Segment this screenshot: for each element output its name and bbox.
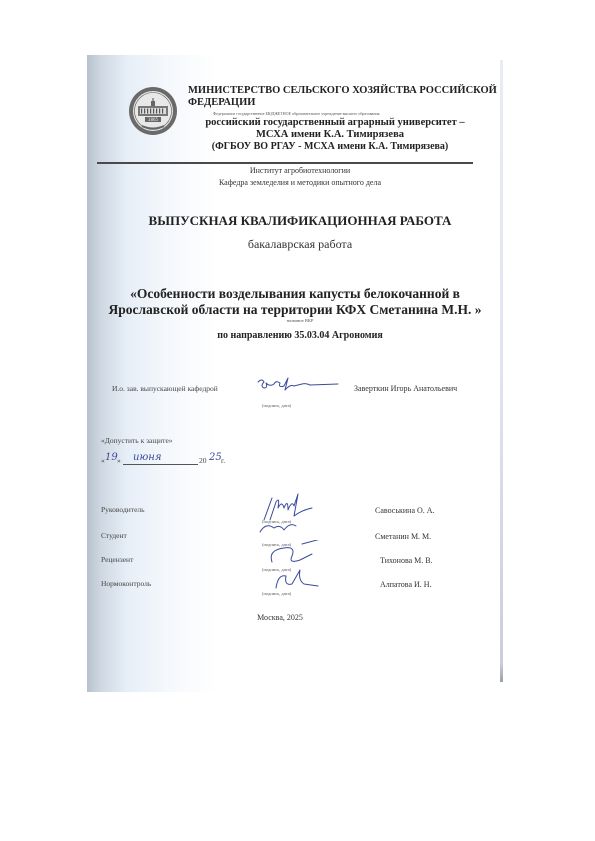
role-reviewer: Рецензент	[101, 555, 133, 564]
signature-caption: (подпись, дата)	[262, 591, 291, 596]
admission-date: « 19 » июня 20 25 г.	[101, 452, 261, 466]
signature-caption: (подпись, дата)	[262, 403, 291, 408]
admission-year-suffix: 25	[209, 452, 222, 463]
admission-day: 19	[105, 452, 118, 463]
signature-caption: (подпись, дата)	[262, 542, 291, 547]
university-line1: российский государственный аграрный унив…	[190, 117, 480, 128]
role-supervisor: Руководитель	[101, 505, 145, 514]
ministry-line2: ФЕДЕРАЦИИ	[188, 97, 255, 108]
admission-year-unit: г.	[221, 456, 225, 465]
work-type: ВЫПУСКНАЯ КВАЛИФИКАЦИОННАЯ РАБОТА	[100, 213, 500, 229]
signature-icon	[250, 374, 340, 396]
scan-edge	[500, 60, 503, 682]
admission-label: «Допустить к защите»	[101, 436, 173, 445]
signature-icon	[252, 492, 322, 537]
signature-caption: (подпись, дата)	[262, 567, 291, 572]
role-normcontrol: Нормоконтроль	[101, 579, 151, 588]
svg-text:1865: 1865	[148, 117, 159, 122]
header-divider	[97, 162, 473, 164]
reviewer-name: Тихонова М. В.	[380, 556, 433, 565]
signature-caption: (подпись, дата)	[262, 519, 291, 524]
role-student: Студент	[101, 531, 127, 540]
university-line2: МСХА имени К.А. Тимирязева	[190, 129, 470, 140]
direction: по направлению 35.03.04 Агрономия	[100, 330, 500, 341]
ministry-line1: МИНИСТЕРСТВО СЕЛЬСКОГО ХОЗЯЙСТВА РОССИЙС…	[188, 85, 497, 96]
student-name: Сметанин М. М.	[375, 532, 431, 541]
admission-month: июня	[133, 452, 161, 463]
thesis-title-caption: название ВКР	[260, 318, 340, 323]
supervisor-name: Савоськина О. А.	[375, 506, 435, 515]
thesis-title-line1: «Особенности возделывания капусты белоко…	[95, 286, 495, 302]
university-emblem-icon: 1865	[128, 86, 178, 136]
department: Кафедра земледелия и методики опытного д…	[120, 178, 480, 187]
head-of-department-name: Заверткин Игорь Анатольевич	[354, 384, 457, 393]
thesis-title-line2: Ярославской области на территории КФХ См…	[95, 302, 495, 318]
admission-year-prefix: 20	[199, 456, 207, 465]
normcontrol-name: Алпатова И. Н.	[380, 580, 432, 589]
university-abbr: (ФГБОУ ВО РГАУ - МСХА имени К.А. Тимиряз…	[190, 141, 470, 152]
head-of-department-label: И.о. зав. выпускающей кафедрой	[112, 384, 218, 393]
institution-type: Федеральное государственное БЮДЖЕТНОЕ об…	[213, 111, 379, 116]
institute: Институт агробиотехнологии	[120, 166, 480, 175]
city-year: Москва, 2025	[220, 613, 340, 622]
work-subtype: бакалаврская работа	[100, 237, 500, 252]
